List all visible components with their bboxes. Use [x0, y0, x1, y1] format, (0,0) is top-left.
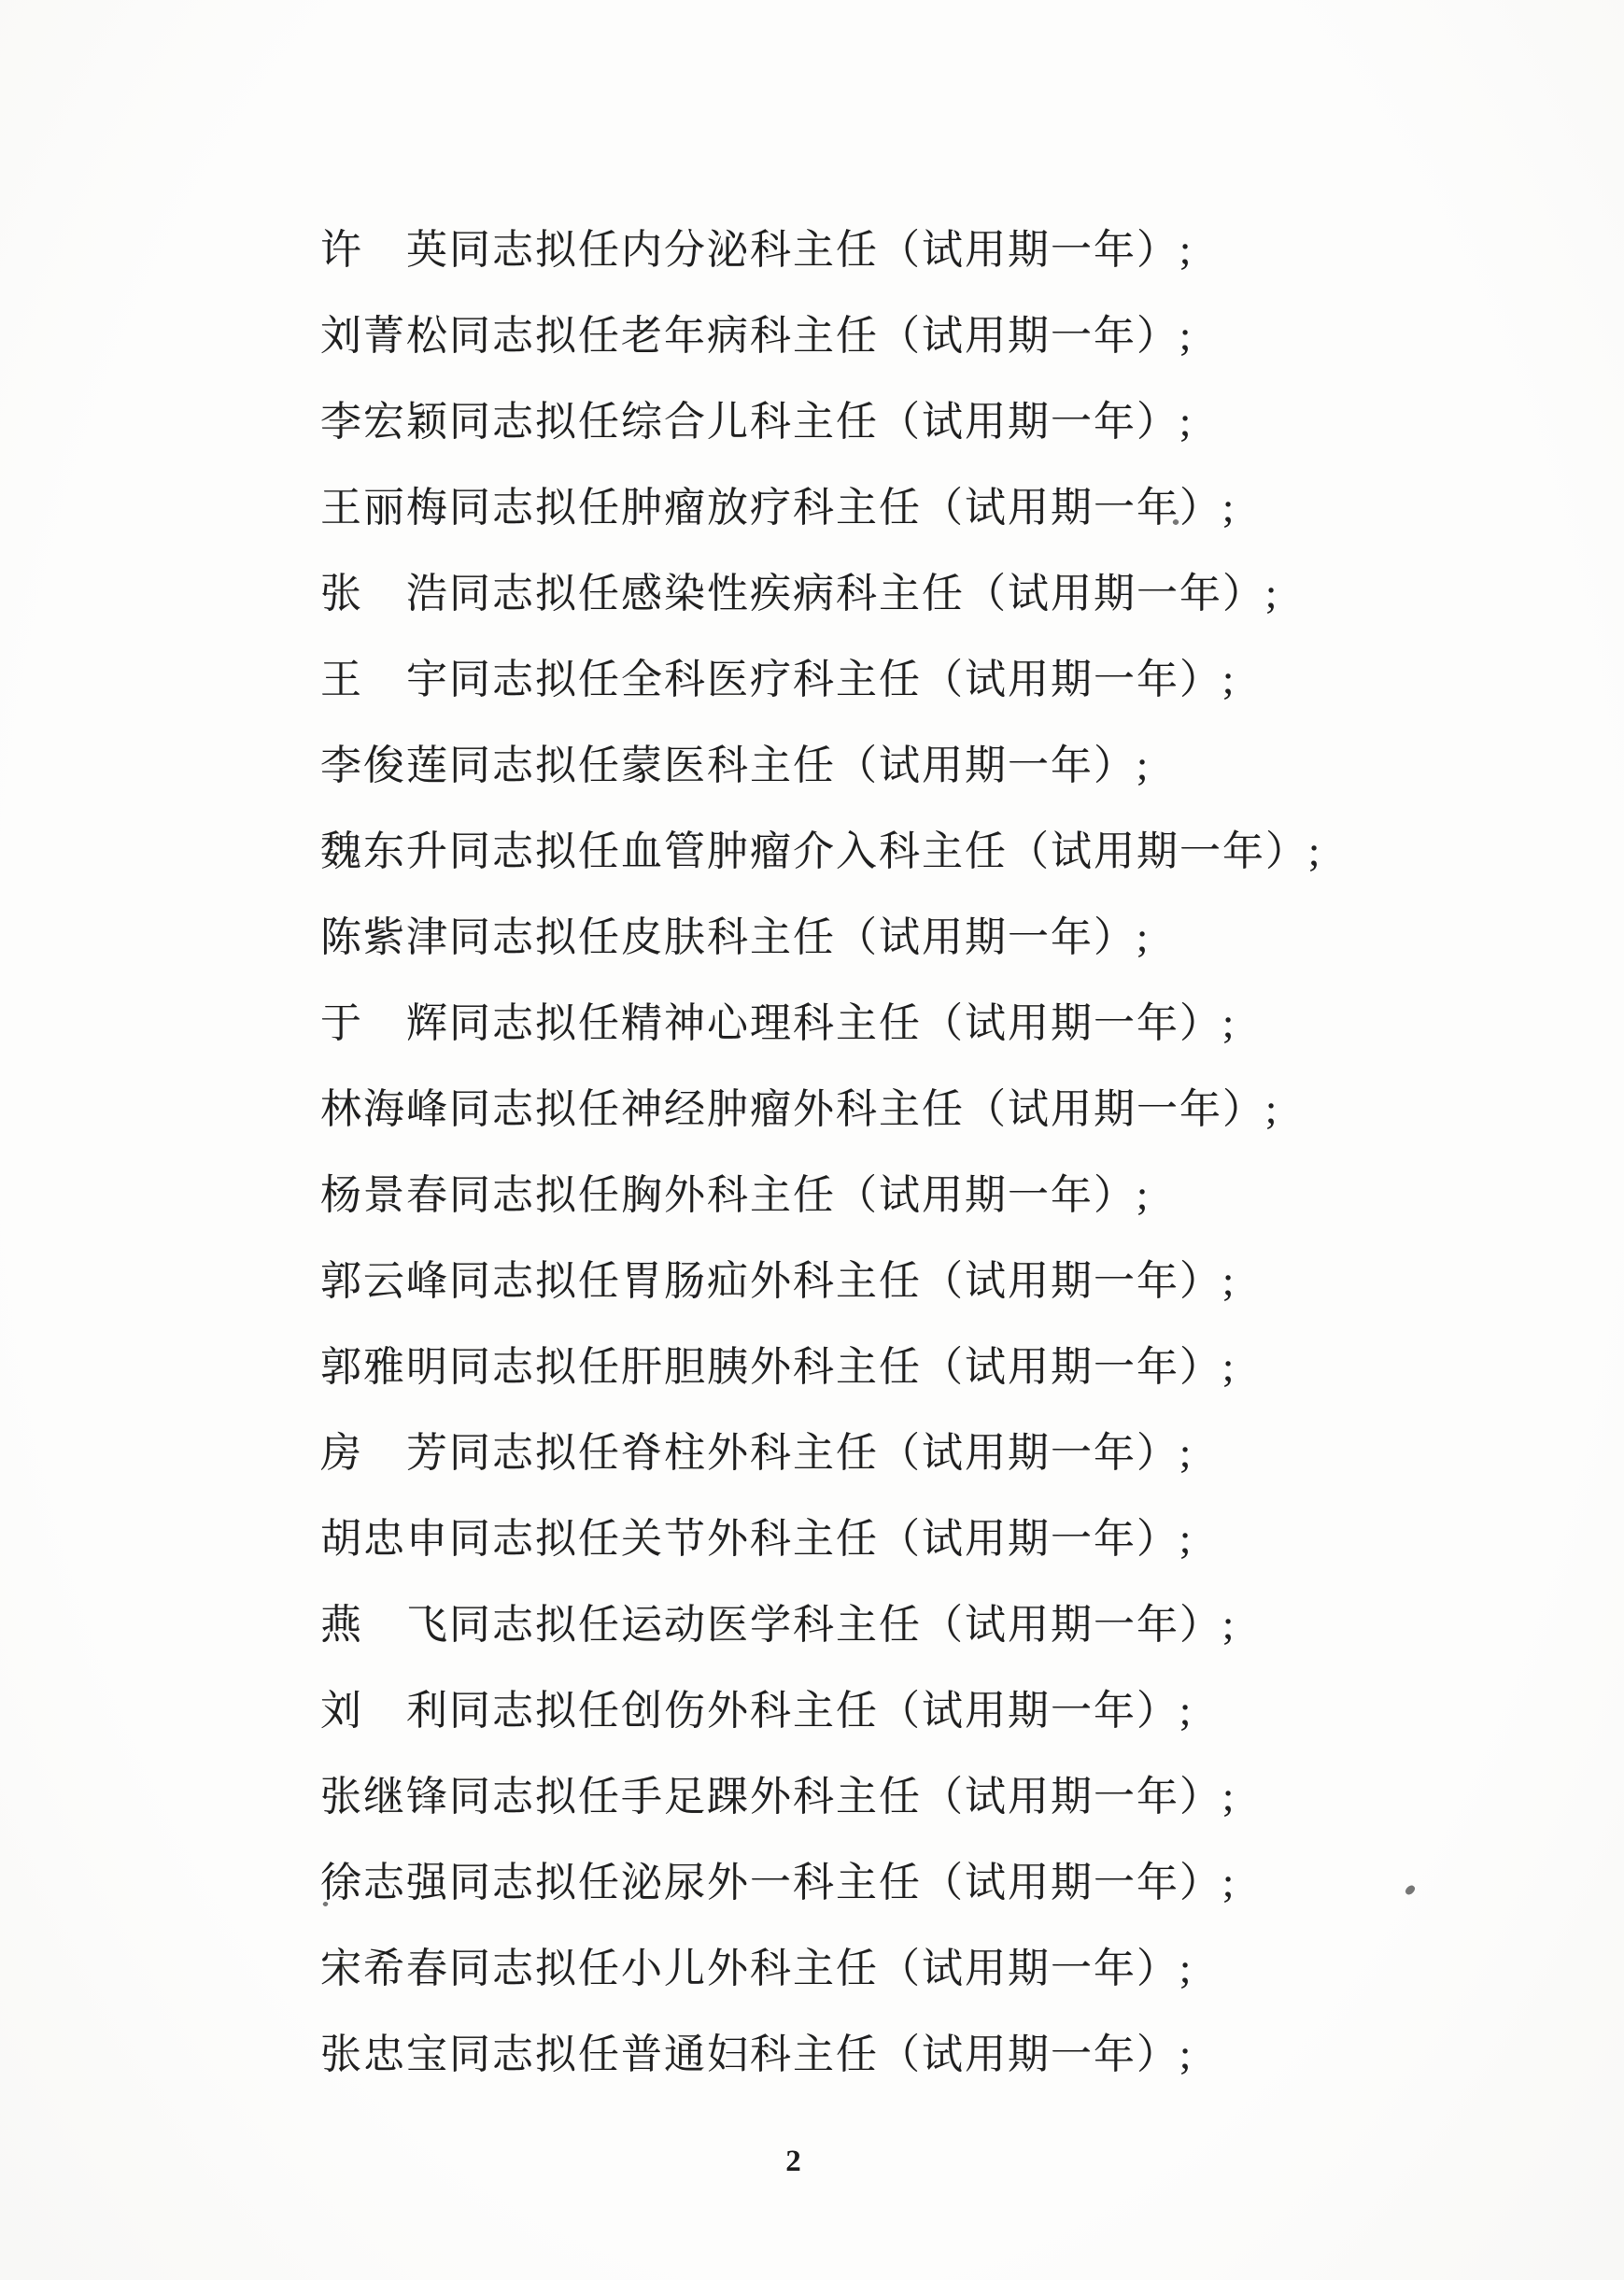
- appointment-line-16: 胡忠申同志拟任关节外科主任（试用期一年）;: [320, 1496, 1441, 1582]
- appointment-line-18: 刘 利同志拟任创伤外科主任（试用期一年）;: [320, 1668, 1441, 1754]
- appointment-line-12: 杨景春同志拟任胸外科主任（试用期一年）;: [320, 1153, 1441, 1239]
- appointment-line-3: 李宏颖同志拟任综合儿科主任（试用期一年）;: [320, 379, 1441, 465]
- appointment-line-15: 房 芳同志拟任脊柱外科主任（试用期一年）;: [320, 1410, 1441, 1496]
- appointment-line-8: 魏东升同志拟任血管肿瘤介入科主任（试用期一年）;: [320, 809, 1441, 895]
- appointment-line-5: 张 浩同志拟任感染性疾病科主任（试用期一年）;: [320, 551, 1441, 637]
- appointment-line-14: 郭雅明同志拟任肝胆胰外科主任（试用期一年）;: [320, 1324, 1441, 1410]
- appointment-line-1: 许 英同志拟任内分泌科主任（试用期一年）;: [320, 207, 1441, 293]
- appointment-line-6: 王 宇同志拟任全科医疗科主任（试用期一年）;: [320, 637, 1441, 723]
- appointment-list: 许 英同志拟任内分泌科主任（试用期一年）;刘菁松同志拟任老年病科主任（试用期一年…: [320, 207, 1441, 2098]
- appointment-line-11: 林海峰同志拟任神经肿瘤外科主任（试用期一年）;: [320, 1067, 1441, 1153]
- appointment-line-7: 李俊莲同志拟任蒙医科主任（试用期一年）;: [320, 723, 1441, 809]
- appointment-line-13: 郭云峰同志拟任胃肠疝外科主任（试用期一年）;: [320, 1239, 1441, 1324]
- appointment-line-22: 张忠宝同志拟任普通妇科主任（试用期一年）;: [320, 2012, 1441, 2098]
- appointment-line-21: 宋希春同志拟任小儿外科主任（试用期一年）;: [320, 1926, 1441, 2012]
- appointment-line-10: 于 辉同志拟任精神心理科主任（试用期一年）;: [320, 981, 1441, 1067]
- appointment-line-17: 燕 飞同志拟任运动医学科主任（试用期一年）;: [320, 1582, 1441, 1668]
- appointment-line-20: 徐志强同志拟任泌尿外一科主任（试用期一年）;: [320, 1840, 1441, 1926]
- appointment-line-9: 陈紫津同志拟任皮肤科主任（试用期一年）;: [320, 895, 1441, 981]
- appointment-line-2: 刘菁松同志拟任老年病科主任（试用期一年）;: [320, 293, 1441, 379]
- scanned-document-page: 许 英同志拟任内分泌科主任（试用期一年）;刘菁松同志拟任老年病科主任（试用期一年…: [0, 0, 1624, 2280]
- page-number: 2: [0, 2145, 1588, 2179]
- appointment-line-19: 张继锋同志拟任手足踝外科主任（试用期一年）;: [320, 1754, 1441, 1840]
- appointment-line-4: 王丽梅同志拟任肿瘤放疗科主任（试用期一年）;: [320, 465, 1441, 551]
